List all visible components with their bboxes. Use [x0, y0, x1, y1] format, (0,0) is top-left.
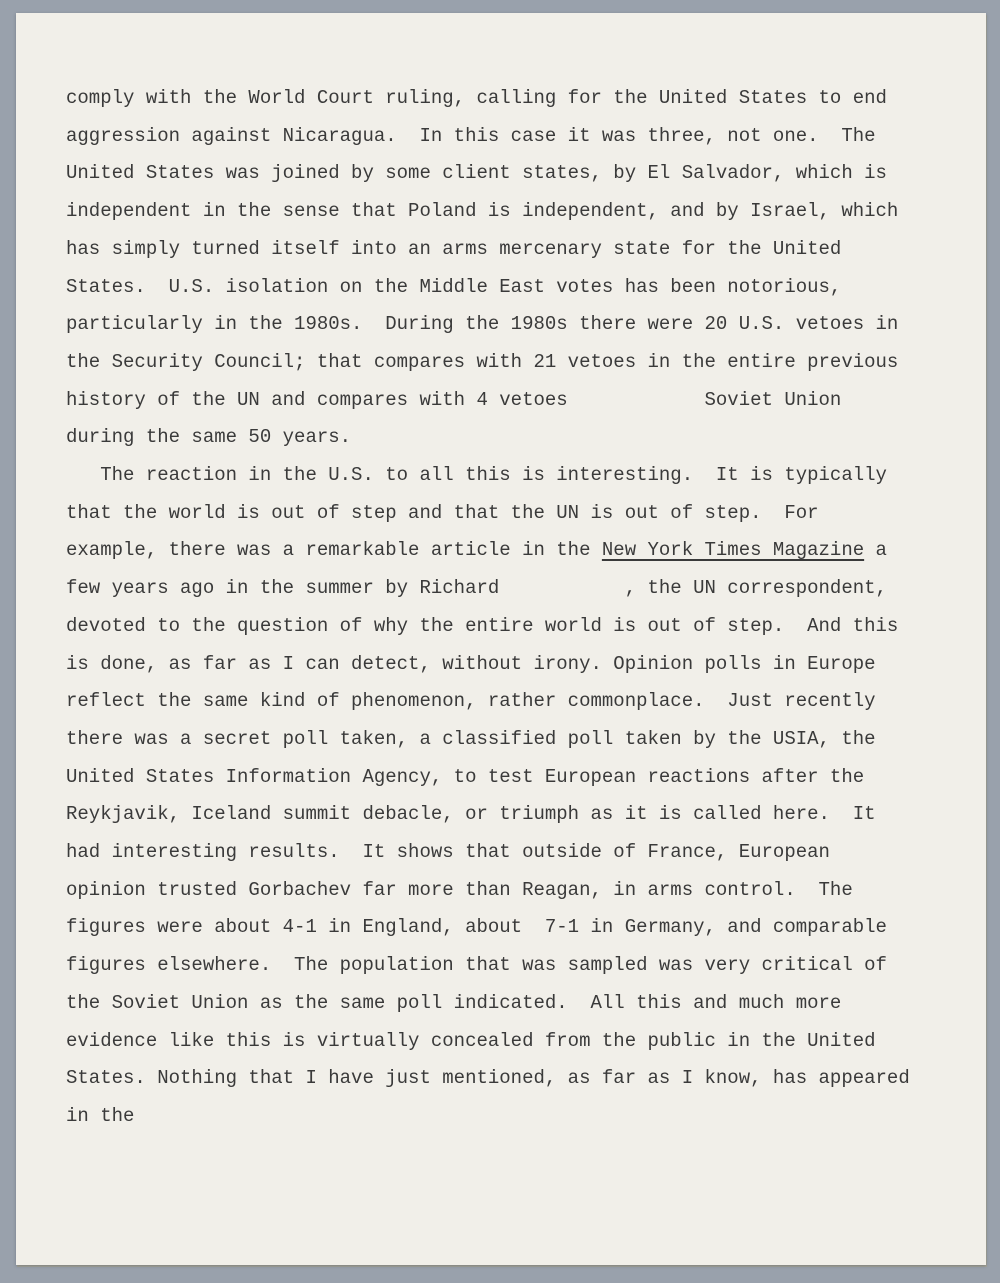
- text-segment: example, there was a remarkable article …: [66, 539, 602, 561]
- text-segment: the Security Council; that compares with…: [66, 351, 898, 373]
- text-line: in the: [66, 1098, 910, 1136]
- text-segment: reflect the same kind of phenomenon, rat…: [66, 690, 876, 712]
- text-line: devoted to the question of why the entir…: [66, 608, 910, 646]
- text-segment: has simply turned itself into an arms me…: [66, 238, 841, 260]
- text-line: few years ago in the summer by Richard ,…: [66, 570, 910, 608]
- text-line: opinion trusted Gorbachev far more than …: [66, 872, 910, 910]
- text-segment: comply with the World Court ruling, call…: [66, 87, 887, 109]
- text-segment: Reykjavik, Iceland summit debacle, or tr…: [66, 803, 876, 825]
- text-segment: that the world is out of step and that t…: [66, 502, 819, 524]
- text-segment: devoted to the question of why the entir…: [66, 615, 898, 637]
- scanned-document-screenshot: { "page": { "background_color": "#99a1ac…: [0, 0, 1000, 1283]
- document-page: comply with the World Court ruling, call…: [16, 13, 986, 1265]
- text-line: history of the UN and compares with 4 ve…: [66, 382, 910, 420]
- text-line: reflect the same kind of phenomenon, rat…: [66, 683, 910, 721]
- text-line: comply with the World Court ruling, call…: [66, 80, 910, 118]
- text-line: that the world is out of step and that t…: [66, 495, 910, 533]
- text-line: figures were about 4-1 in England, about…: [66, 909, 910, 947]
- text-segment: aggression against Nicaragua. In this ca…: [66, 125, 876, 147]
- text-segment: particularly in the 1980s. During the 19…: [66, 313, 898, 335]
- text-line: figures elsewhere. The population that w…: [66, 947, 910, 985]
- text-line: example, there was a remarkable article …: [66, 532, 910, 570]
- text-line: particularly in the 1980s. During the 19…: [66, 306, 910, 344]
- text-line: United States Information Agency, to tes…: [66, 759, 910, 797]
- text-line: independent in the sense that Poland is …: [66, 193, 910, 231]
- text-line: has simply turned itself into an arms me…: [66, 231, 910, 269]
- text-segment: States. Nothing that I have just mention…: [66, 1067, 910, 1089]
- text-segment: evidence like this is virtually conceale…: [66, 1030, 876, 1052]
- text-segment: independent in the sense that Poland is …: [66, 200, 898, 222]
- text-line: aggression against Nicaragua. In this ca…: [66, 118, 910, 156]
- text-segment: The reaction in the U.S. to all this is …: [66, 464, 887, 486]
- document-text: comply with the World Court ruling, call…: [66, 80, 910, 1136]
- text-segment: States. U.S. isolation on the Middle Eas…: [66, 276, 841, 298]
- text-segment: a: [864, 539, 887, 561]
- text-line: there was a secret poll taken, a classif…: [66, 721, 910, 759]
- text-segment: opinion trusted Gorbachev far more than …: [66, 879, 853, 901]
- text-line: the Security Council; that compares with…: [66, 344, 910, 382]
- text-segment: had interesting results. It shows that o…: [66, 841, 830, 863]
- underlined-publication-title: New York Times Magazine: [602, 539, 864, 561]
- text-line: evidence like this is virtually conceale…: [66, 1023, 910, 1061]
- text-segment: United States Information Agency, to tes…: [66, 766, 864, 788]
- text-segment: figures elsewhere. The population that w…: [66, 954, 887, 976]
- text-segment: few years ago in the summer by Richard ,…: [66, 577, 887, 599]
- text-segment: is done, as far as I can detect, without…: [66, 653, 876, 675]
- text-line: States. U.S. isolation on the Middle Eas…: [66, 269, 910, 307]
- text-segment: figures were about 4-1 in England, about…: [66, 916, 887, 938]
- text-line: States. Nothing that I have just mention…: [66, 1060, 910, 1098]
- text-line: Reykjavik, Iceland summit debacle, or tr…: [66, 796, 910, 834]
- text-segment: there was a secret poll taken, a classif…: [66, 728, 876, 750]
- text-line: is done, as far as I can detect, without…: [66, 646, 910, 684]
- text-segment: the Soviet Union as the same poll indica…: [66, 992, 841, 1014]
- text-segment: United States was joined by some client …: [66, 162, 887, 184]
- text-line: had interesting results. It shows that o…: [66, 834, 910, 872]
- text-segment: in the: [66, 1105, 134, 1127]
- text-line: the Soviet Union as the same poll indica…: [66, 985, 910, 1023]
- text-segment: during the same 50 years.: [66, 426, 351, 448]
- text-line: United States was joined by some client …: [66, 155, 910, 193]
- text-line: during the same 50 years.: [66, 419, 910, 457]
- text-segment: history of the UN and compares with 4 ve…: [66, 389, 841, 411]
- text-line: The reaction in the U.S. to all this is …: [66, 457, 910, 495]
